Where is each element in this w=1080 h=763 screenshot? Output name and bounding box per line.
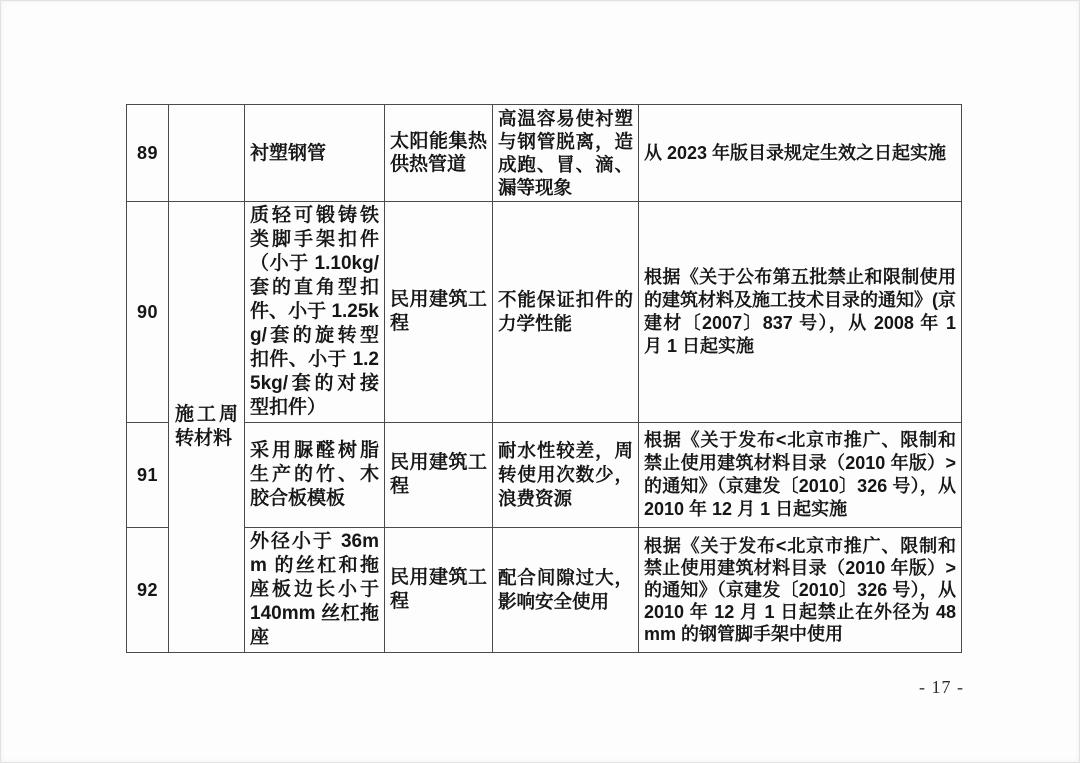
category-cell-merged: 施工周转材料 xyxy=(169,202,245,653)
reason-cell: 耐水性较差，周转使用次数少，浪费资源 xyxy=(493,423,639,528)
basis-cell: 根据《关于发布<北京市推广、限制和禁止使用建筑材料目录（2010 年版）>的通知… xyxy=(639,528,962,653)
row-number-cell: 92 xyxy=(127,528,169,653)
scope-cell: 太阳能集热供热管道 xyxy=(385,105,493,202)
row-number-cell: 89 xyxy=(127,105,169,202)
table-row: 91 采用脲醛树脂生产的竹、木胶合板模板 民用建筑工程 耐水性较差，周转使用次数… xyxy=(127,423,962,528)
document-page: 89 衬塑钢管 太阳能集热供热管道 高温容易使衬塑与钢管脱离，造成跑、冒、滴、漏… xyxy=(0,0,1080,763)
row-number-cell: 91 xyxy=(127,423,169,528)
material-name-cell: 采用脲醛树脂生产的竹、木胶合板模板 xyxy=(245,423,385,528)
reason-cell: 配合间隙过大，影响安全使用 xyxy=(493,528,639,653)
material-name-cell: 衬塑钢管 xyxy=(245,105,385,202)
scope-cell: 民用建筑工程 xyxy=(385,423,493,528)
basis-cell: 根据《关于公布第五批禁止和限制使用的建筑材料及施工技术目录的通知》(京建材〔20… xyxy=(639,202,962,423)
material-name-cell: 外径小于 36mm 的丝杠和拖座板边长小于 140mm 丝杠拖座 xyxy=(245,528,385,653)
material-name-cell: 质轻可锻铸铁类脚手架扣件（小于 1.10kg/套的直角型扣件、小于 1.25kg… xyxy=(245,202,385,423)
page-number: - 17 - xyxy=(919,677,964,698)
reason-cell: 不能保证扣件的力学性能 xyxy=(493,202,639,423)
scope-cell: 民用建筑工程 xyxy=(385,528,493,653)
table-row: 90 施工周转材料 质轻可锻铸铁类脚手架扣件（小于 1.10kg/套的直角型扣件… xyxy=(127,202,962,423)
basis-cell: 从 2023 年版目录规定生效之日起实施 xyxy=(639,105,962,202)
basis-cell: 根据《关于发布<北京市推广、限制和禁止使用建筑材料目录（2010 年版）>的通知… xyxy=(639,423,962,528)
scope-cell: 民用建筑工程 xyxy=(385,202,493,423)
reason-cell: 高温容易使衬塑与钢管脱离，造成跑、冒、滴、漏等现象 xyxy=(493,105,639,202)
table-row: 89 衬塑钢管 太阳能集热供热管道 高温容易使衬塑与钢管脱离，造成跑、冒、滴、漏… xyxy=(127,105,962,202)
table-row: 92 外径小于 36mm 的丝杠和拖座板边长小于 140mm 丝杠拖座 民用建筑… xyxy=(127,528,962,653)
category-cell xyxy=(169,105,245,202)
row-number-cell: 90 xyxy=(127,202,169,423)
restricted-materials-table: 89 衬塑钢管 太阳能集热供热管道 高温容易使衬塑与钢管脱离，造成跑、冒、滴、漏… xyxy=(126,104,962,653)
